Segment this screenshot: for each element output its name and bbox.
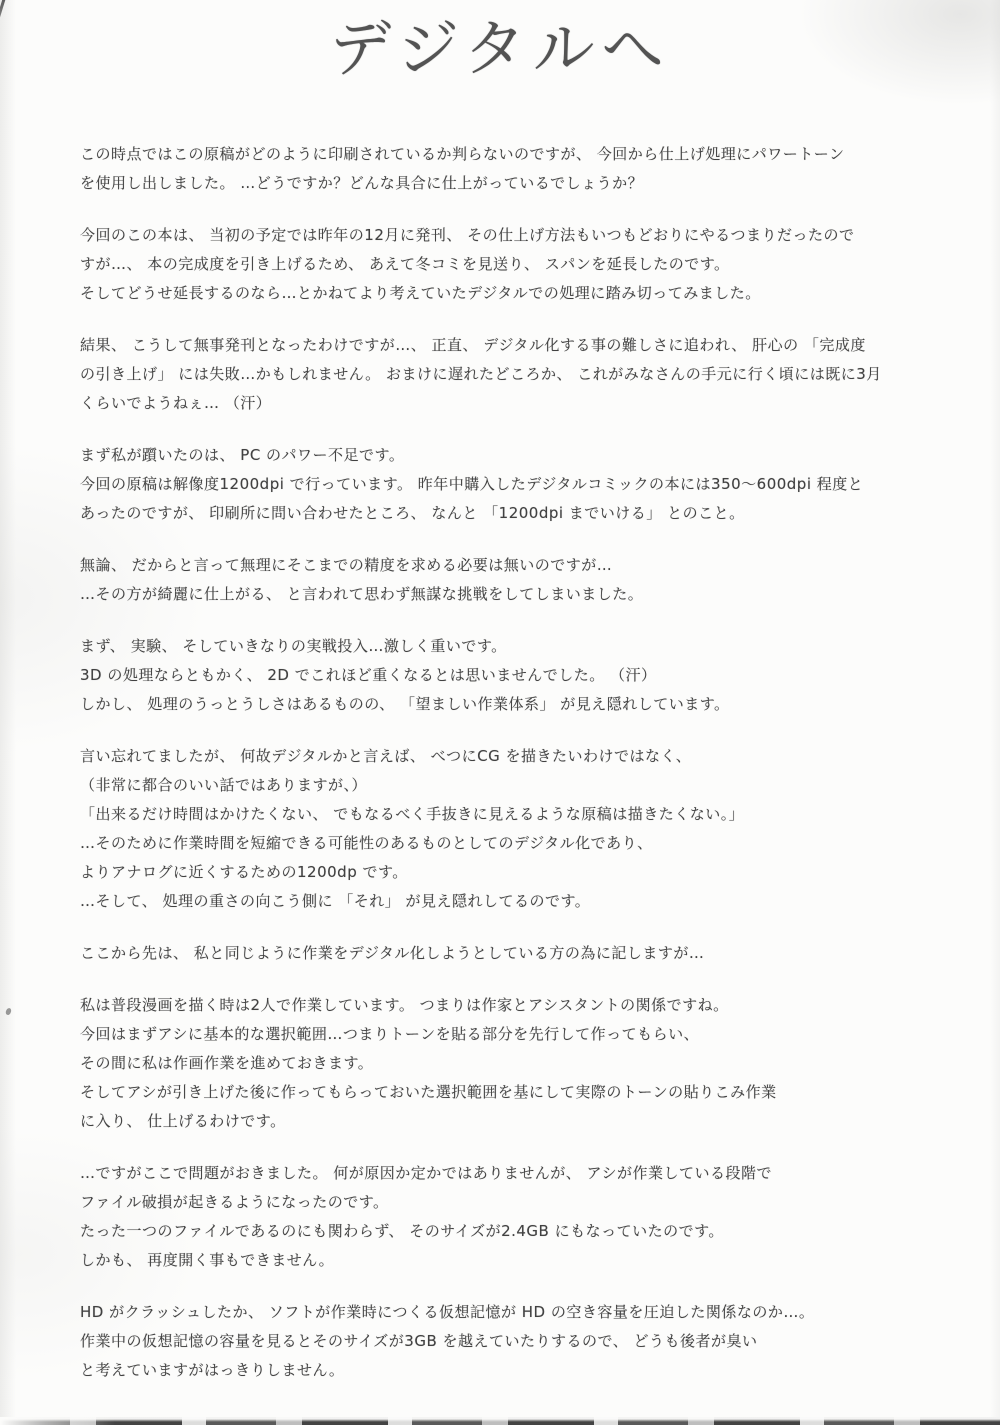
text-line: 結果、 こうして無事発刊となったわけですが…、 正直、 デジタル化する事の難しさ… xyxy=(80,331,952,360)
text-line: 今回のこの本は、 当初の予定では昨年の12月に発刊、 その仕上げ方法もいつもどお… xyxy=(80,221,952,250)
text-line: （非常に都合のいい話ではありますが、） xyxy=(80,771,952,800)
text-line: 「出来るだけ時間はかけたくない、 でもなるべく手抜きに見えるような原稿は描きたく… xyxy=(80,800,952,829)
paragraph: 無論、 だからと言って無理にそこまでの精度を求める必要は無いのですが……その方が… xyxy=(80,551,952,609)
text-line: この時点ではこの原稿がどのように印刷されているか判らないのですが、 今回から仕上… xyxy=(80,140,952,169)
page-title: デジタルへ xyxy=(0,0,1000,88)
text-line: に入り、 仕上げるわけです。 xyxy=(80,1107,952,1136)
paragraph: 結果、 こうして無事発刊となったわけですが…、 正直、 デジタル化する事の難しさ… xyxy=(80,331,952,418)
text-line: HD がクラッシュしたか、 ソフトが作業時につくる仮想記憶が HD の空き容量を… xyxy=(80,1298,952,1327)
scan-speck-artifact xyxy=(5,1007,13,1016)
text-line: と考えていますがはっきりしません。 xyxy=(80,1356,952,1385)
text-line: ここから先は、 私と同じように作業をデジタル化しようとしている方の為に記しますが… xyxy=(80,939,952,968)
paragraph: HD がクラッシュしたか、 ソフトが作業時につくる仮想記憶が HD の空き容量を… xyxy=(80,1298,952,1385)
text-line: まず、 実験、 そしていきなりの実戦投入…激しく重いです。 xyxy=(80,632,952,661)
text-line: …その方が綺麗に仕上がる、 と言われて思わず無謀な挑戦をしてしまいました。 xyxy=(80,580,952,609)
scanned-page: デジタルへ この時点ではこの原稿がどのように印刷されているか判らないのですが、 … xyxy=(0,0,1000,1425)
paragraph: まず私が躓いたのは、 PC のパワー不足です。今回の原稿は解像度1200dpi … xyxy=(80,441,952,528)
body-text: この時点ではこの原稿がどのように印刷されているか判らないのですが、 今回から仕上… xyxy=(80,140,952,1408)
paragraph: …ですがここで問題がおきました。 何が原因か定かではありませんが、 アシが作業し… xyxy=(80,1159,952,1275)
text-line: たった一つのファイルであるのにも関わらず、 そのサイズが2.4GB にもなってい… xyxy=(80,1217,952,1246)
text-line: 作業中の仮想記憶の容量を見るとそのサイズが3GB を越えていたりするので、 どう… xyxy=(80,1327,952,1356)
text-line: そしてアシが引き上げた後に作ってもらっておいた選択範囲を基にして実際のトーンの貼… xyxy=(80,1078,952,1107)
text-line: …そして、 処理の重さの向こう側に 「それ」 が見え隠れしてるのです。 xyxy=(80,887,952,916)
text-line: くらいでようねぇ… （汗） xyxy=(80,389,952,418)
text-line: 私は普段漫画を描く時は2人で作業しています。 つまりは作家とアシスタントの関係で… xyxy=(80,991,952,1020)
text-line: あったのですが、 印刷所に問い合わせたところ、 なんと 「1200dpi までい… xyxy=(80,499,952,528)
text-line: 今回の原稿は解像度1200dpi で行っています。 昨年中購入したデジタルコミッ… xyxy=(80,470,952,499)
text-line: を使用し出しました。 …どうですか？どんな具合に仕上がっているでしょうか？ xyxy=(80,169,952,198)
paragraph: 今回のこの本は、 当初の予定では昨年の12月に発刊、 その仕上げ方法もいつもどお… xyxy=(80,221,952,308)
text-line: まず私が躓いたのは、 PC のパワー不足です。 xyxy=(80,441,952,470)
paragraph: まず、 実験、 そしていきなりの実戦投入…激しく重いです。3D の処理ならともか… xyxy=(80,632,952,719)
text-line: ファイル破損が起きるようになったのです。 xyxy=(80,1188,952,1217)
text-line: 無論、 だからと言って無理にそこまでの精度を求める必要は無いのですが… xyxy=(80,551,952,580)
text-line: その間に私は作画作業を進めておきます。 xyxy=(80,1049,952,1078)
text-line: よりアナログに近くするための1200dp です。 xyxy=(80,858,952,887)
text-line: すが…、 本の完成度を引き上げるため、 あえて冬コミを見送り、 スパンを延長した… xyxy=(80,250,952,279)
text-line: …そのために作業時間を短縮できる可能性のあるものとしてのデジタル化であり、 xyxy=(80,829,952,858)
text-line: …ですがここで問題がおきました。 何が原因か定かではありませんが、 アシが作業し… xyxy=(80,1159,952,1188)
scan-bottom-edge-artifact xyxy=(0,1417,1000,1425)
paragraph: この時点ではこの原稿がどのように印刷されているか判らないのですが、 今回から仕上… xyxy=(80,140,952,198)
text-line: しかも、 再度開く事もできません。 xyxy=(80,1246,952,1275)
text-line: 3D の処理ならともかく、 2D でこれほど重くなるとは思いませんでした。 （汗… xyxy=(80,661,952,690)
paragraph: 言い忘れてましたが、 何故デジタルかと言えば、 べつにCG を描きたいわけではな… xyxy=(80,742,952,916)
text-line: の引き上げ」 には失敗…かもしれません。 おまけに遅れたどころか、 これがみなさ… xyxy=(80,360,952,389)
text-line: 今回はまずアシに基本的な選択範囲…つまりトーンを貼る部分を先行して作ってもらい、 xyxy=(80,1020,952,1049)
text-line: 言い忘れてましたが、 何故デジタルかと言えば、 べつにCG を描きたいわけではな… xyxy=(80,742,952,771)
paragraph: 私は普段漫画を描く時は2人で作業しています。 つまりは作家とアシスタントの関係で… xyxy=(80,991,952,1136)
text-line: しかし、 処理のうっとうしさはあるものの、 「望ましい作業体系」 が見え隠れして… xyxy=(80,690,952,719)
paragraph: ここから先は、 私と同じように作業をデジタル化しようとしている方の為に記しますが… xyxy=(80,939,952,968)
text-line: そしてどうせ延長するのなら…とかねてより考えていたデジタルでの処理に踏み切ってみ… xyxy=(80,279,952,308)
